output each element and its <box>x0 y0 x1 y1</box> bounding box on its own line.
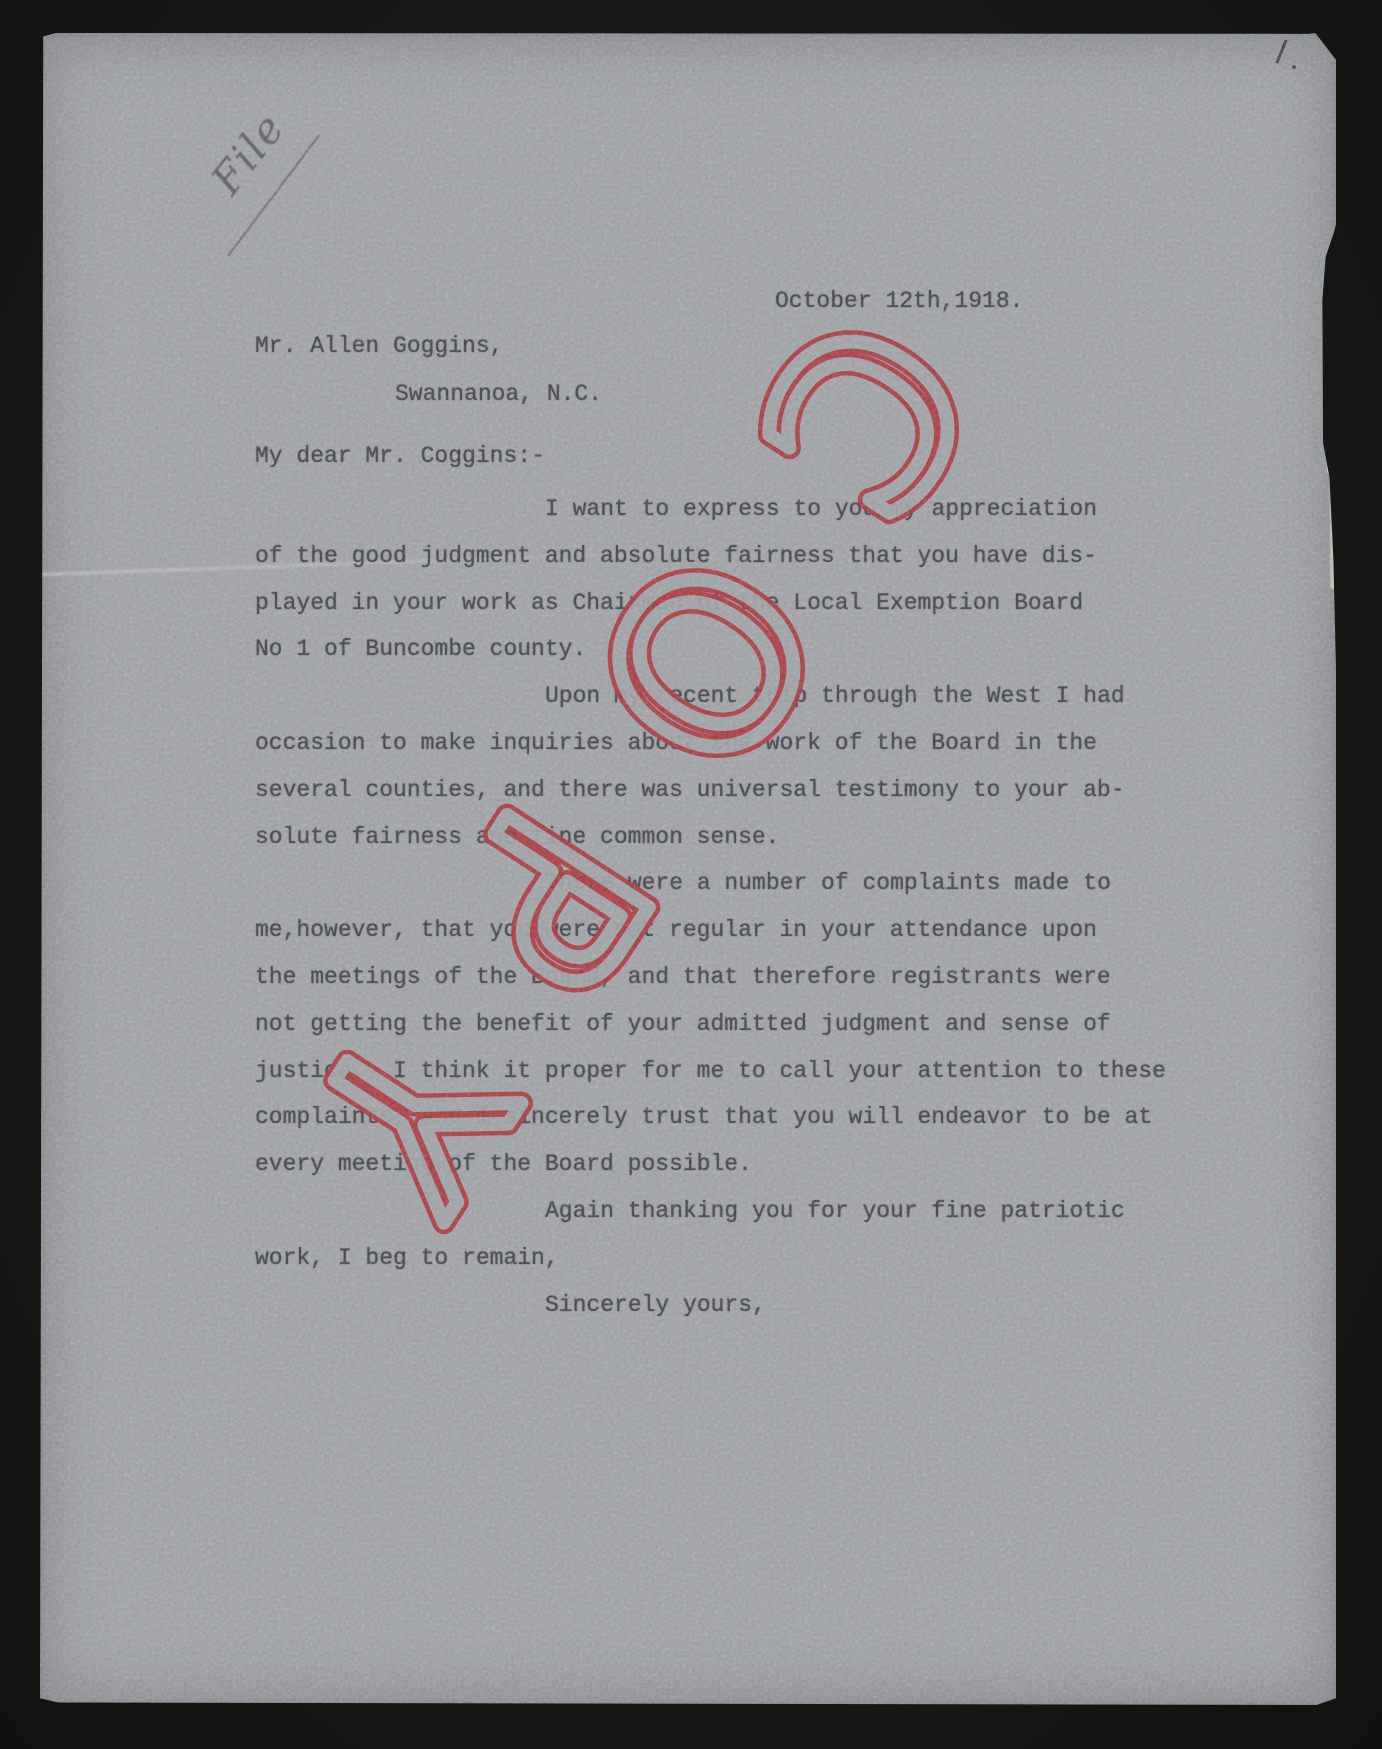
letter-paper: File October 12th,1918. Mr. Allen Goggin… <box>40 33 1336 1705</box>
paper-edge-highlight <box>1327 251 1337 476</box>
salutation-line: My dear Mr. Coggins:- <box>255 433 545 480</box>
letter-line: of the good judgment and absolute fairne… <box>255 533 1215 580</box>
letter-line: solute fairness and fine common sense. <box>255 814 1215 861</box>
letter-line: complaints, and I sincerely trust that y… <box>255 1094 1215 1141</box>
letter-line: played in your work as Chairman of the L… <box>255 580 1215 627</box>
letter-line: I want to express to you my appreciation <box>255 486 1215 533</box>
letter-line: occasion to make inquiries about the wor… <box>255 720 1215 767</box>
letter-line: not getting the benefit of your admitted… <box>255 1001 1215 1048</box>
recipient-name: Mr. Allen Goggins, <box>255 323 503 370</box>
letter-line: work, I beg to remain, <box>255 1235 1215 1282</box>
date-line: October 12th,1918. <box>775 278 1023 325</box>
recipient-address: Swannanoa, N.C. <box>395 371 602 418</box>
letter-line: Again thanking you for your fine patriot… <box>255 1188 1215 1235</box>
letter-body: I want to express to you my appreciation… <box>255 486 1215 1328</box>
letter-line: justice. I think it proper for me to cal… <box>255 1048 1215 1095</box>
letter-line: No 1 of Buncombe county. <box>255 626 1215 673</box>
signoff-line: Sincerely yours, <box>255 1282 1215 1329</box>
typewritten-letter: October 12th,1918. Mr. Allen Goggins, Sw… <box>40 33 1336 1705</box>
letter-line: me,however, that you were not regular in… <box>255 907 1215 954</box>
scan-background: File October 12th,1918. Mr. Allen Goggin… <box>0 0 1382 1749</box>
letter-line: There were a number of complaints made t… <box>255 860 1215 907</box>
letter-line: every meeting of the Board possible. <box>255 1141 1215 1188</box>
letter-line: several counties, and there was universa… <box>255 767 1215 814</box>
letter-line: the meetings of the Board, and that ther… <box>255 954 1215 1001</box>
letter-line: Upon my recent trip through the West I h… <box>255 673 1215 720</box>
